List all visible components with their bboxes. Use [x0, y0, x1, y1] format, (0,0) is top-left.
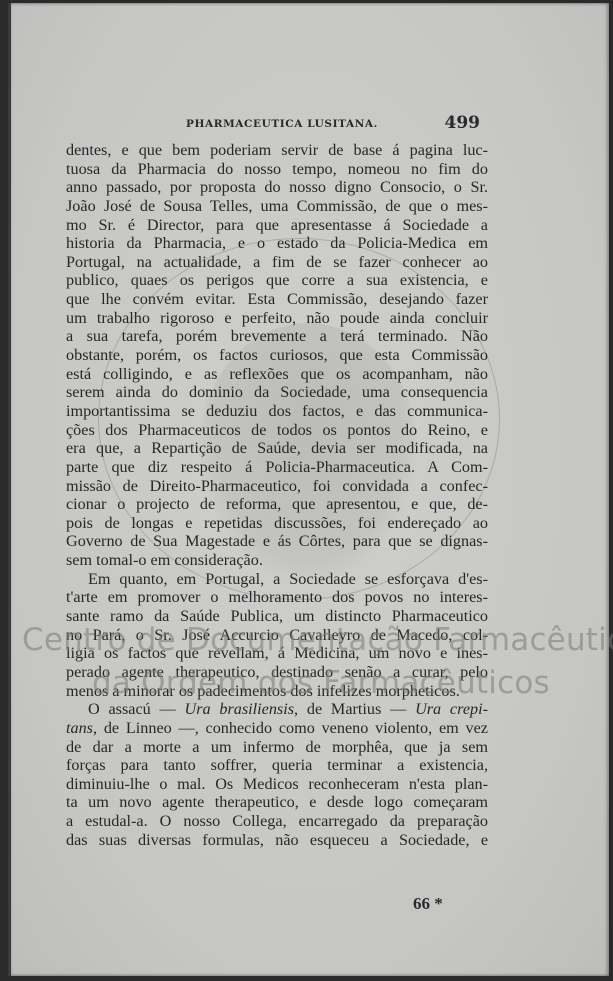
text-line: mo Sr. é Director, para que apresentasse… — [66, 216, 488, 235]
page-header: PHARMACEUTICA LUSITANA. 499 — [58, 113, 478, 133]
text-line: perado agente therapeutico, destinado se… — [66, 663, 488, 682]
text-line: Portugal, na actualidade, a fim de se fa… — [66, 253, 488, 272]
text-run: O assacú — — [88, 700, 185, 718]
text-line: Governo de Sua Magestade e ás Côrtes, pa… — [66, 532, 488, 551]
text-line: serem ainda do dominio da Sociedade, uma… — [66, 383, 488, 402]
text-line: a sua tarefa, porém brevemente a terá te… — [66, 327, 488, 346]
text-line: cionar o projecto de reforma, que aprese… — [66, 495, 488, 514]
text-line: forças para tanto soffrer, queria termin… — [66, 756, 488, 775]
text-line: um trabalho rigoroso e perfeito, não pou… — [66, 309, 488, 328]
text-line: sante ramo da Saúde Publica, um distinct… — [66, 607, 488, 626]
page-spine-edge — [8, 3, 11, 976]
text-line: parte que diz respeito á Policia-Pharmac… — [66, 458, 488, 477]
text-line: importantissima se deduziu dos factos, e… — [66, 402, 488, 421]
text-run: , de Linneo —, conhecido como veneno vio… — [93, 719, 488, 737]
paragraph-end-line: sem tomal-o em consideração. — [66, 551, 488, 570]
text-line: tans, de Linneo —, conhecido como veneno… — [66, 719, 488, 738]
species-name: Ura brasiliensis — [185, 700, 295, 718]
text-line: das suas diversas formulas, não esqueceu… — [66, 831, 488, 850]
body-text: dentes, e que bem poderiam servir de bas… — [66, 141, 488, 849]
text-line: está colligindo, e as reflexões que os a… — [66, 365, 488, 384]
text-line: missão de Direito-Pharmaceutico, foi con… — [66, 477, 488, 496]
text-line: que lhe convém evitar. Esta Commissão, d… — [66, 290, 488, 309]
page-number: 499 — [445, 113, 481, 133]
species-name: tans — [66, 719, 93, 737]
paragraph-end-line: menos a minorar os padecimentos dos infe… — [66, 682, 488, 701]
text-line: t'arte em promover o melhoramento dos po… — [66, 588, 488, 607]
running-head: PHARMACEUTICA LUSITANA. — [186, 118, 378, 130]
text-run: , de Martius — — [294, 700, 415, 718]
signature-mark: 66 * — [413, 894, 443, 914]
text-line: ta um novo agente therapeutico, e desde … — [66, 793, 488, 812]
text-line: historia da Pharmacia, e o estado da Pol… — [66, 234, 488, 253]
paragraph-start-line: O assacú — Ura brasiliensis, de Martius … — [66, 700, 488, 719]
text-line: pois de longas e repetidas discussões, f… — [66, 514, 488, 533]
text-line: tuosa da Pharmacia do nosso tempo, nomeo… — [66, 160, 488, 179]
text-line: ções dos Pharmaceuticos de todos os pont… — [66, 421, 488, 440]
species-name: Ura crepi- — [415, 700, 488, 718]
text-line: publico, quaes os perigos que corre a su… — [66, 271, 488, 290]
text-line: a estudal-a. O nosso Collega, encarregad… — [66, 812, 488, 831]
text-line: diminuiu-lhe o mal. Os Medicos reconhece… — [66, 775, 488, 794]
text-line: ligia os factos que revellam, á Medicina… — [66, 644, 488, 663]
paragraph-start-line: Em quanto, em Portugal, a Sociedade se e… — [66, 570, 488, 589]
text-line: era que, a Repartição de Saúde, devia se… — [66, 439, 488, 458]
text-line: anno passado, por proposta do nosso dign… — [66, 178, 488, 197]
text-line: de dar a morte a um infermo de morphêa, … — [66, 738, 488, 757]
text-line: dentes, e que bem poderiam servir de bas… — [66, 141, 488, 160]
text-line: João José de Sousa Telles, uma Commissão… — [66, 197, 488, 216]
text-line: no Pará, o Sr. José Accurcio Cavalleyro … — [66, 626, 488, 645]
text-line: obstante, porém, os factos curiosos, que… — [66, 346, 488, 365]
